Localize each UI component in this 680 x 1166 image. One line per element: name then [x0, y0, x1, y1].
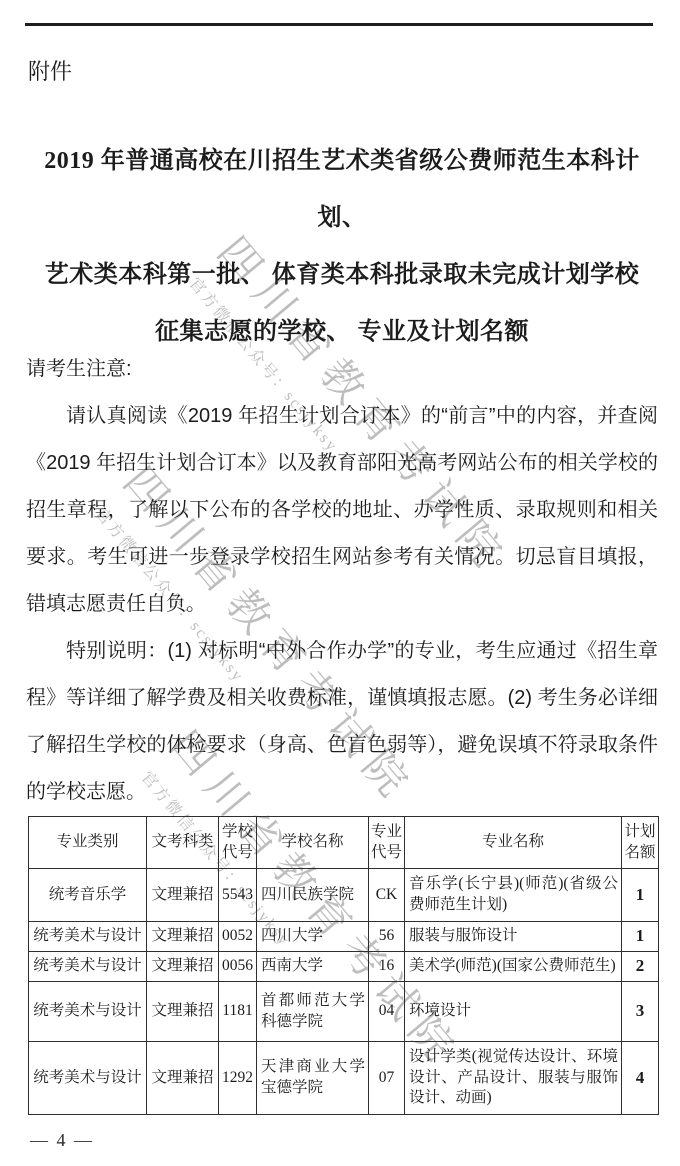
admission-plan-table: 专业类别 文考科类 学校代号 学校名称 专业代号 专业名称 计划名额 统考音乐学…	[28, 816, 659, 1115]
cell-school-name: 天津商业大学宝德学院	[257, 1042, 369, 1115]
cell-school-code: 0052	[219, 922, 257, 952]
table-header-row: 专业类别 文考科类 学校代号 学校名称 专业代号 专业名称 计划名额	[29, 817, 659, 869]
col-header-school-code: 学校代号	[219, 817, 257, 869]
cell-major-code: 16	[369, 952, 405, 982]
cell-major-code: 07	[369, 1042, 405, 1115]
page-number: — 4 —	[30, 1130, 94, 1151]
content-layer: 附件 2019 年普通高校在川招生艺术类省级公费师范生本科计划、 艺术类本科第一…	[0, 0, 680, 1166]
cell-exam-stream: 文理兼招	[147, 982, 219, 1042]
table-row: 统考美术与设计 文理兼招 0056 西南大学 16 美术学(师范)(国家公费师范…	[29, 952, 659, 982]
cell-major-category: 统考音乐学	[29, 869, 147, 922]
cell-major-code: 56	[369, 922, 405, 952]
cell-major-code: 04	[369, 982, 405, 1042]
notice-heading: 请考生注意:	[26, 346, 658, 393]
title-line: 2019 年普通高校在川招生艺术类省级公费师范生本科计划、	[26, 133, 658, 247]
cell-school-code: 5543	[219, 869, 257, 922]
col-header-exam-stream: 文考科类	[147, 817, 219, 869]
table-row: 统考音乐学 文理兼招 5543 四川民族学院 CK 音乐学(长宁县)(师范)(省…	[29, 869, 659, 922]
document-title: 2019 年普通高校在川招生艺术类省级公费师范生本科计划、 艺术类本科第一批、 …	[26, 133, 658, 361]
notice-section: 请考生注意: 请认真阅读《2019 年招生计划合订本》的“前言”中的内容，并查阅…	[26, 346, 658, 816]
cell-major-name: 音乐学(长宁县)(师范)(省级公费师范生计划)	[405, 869, 622, 922]
cell-school-name: 四川大学	[257, 922, 369, 952]
table-row: 统考美术与设计 文理兼招 1181 首都师范大学科德学院 04 环境设计 3	[29, 982, 659, 1042]
title-line: 艺术类本科第一批、 体育类本科批录取未完成计划学校	[26, 247, 658, 304]
attachment-label: 附件	[28, 55, 72, 86]
col-header-major-code: 专业代号	[369, 817, 405, 869]
document-page: 四川省教育考试院 官方微信公众号：scsjyksy 四川省教育考试院 官方微信公…	[0, 0, 680, 1166]
cell-plan-quota: 1	[622, 922, 659, 952]
cell-major-name: 美术学(师范)(国家公费师范生)	[405, 952, 622, 982]
table-row: 统考美术与设计 文理兼招 0052 四川大学 56 服装与服饰设计 1	[29, 922, 659, 952]
notice-paragraph: 特别说明：(1) 对标明“中外合作办学”的专业，考生应通过《招生章程》等详细了解…	[26, 628, 658, 816]
cell-exam-stream: 文理兼招	[147, 952, 219, 982]
cell-plan-quota: 2	[622, 952, 659, 982]
cell-school-code: 0056	[219, 952, 257, 982]
cell-major-name: 环境设计	[405, 982, 622, 1042]
cell-school-code: 1292	[219, 1042, 257, 1115]
cell-exam-stream: 文理兼招	[147, 869, 219, 922]
cell-major-category: 统考美术与设计	[29, 1042, 147, 1115]
cell-plan-quota: 3	[622, 982, 659, 1042]
col-header-major-category: 专业类别	[29, 817, 147, 869]
cell-plan-quota: 4	[622, 1042, 659, 1115]
cell-major-category: 统考美术与设计	[29, 982, 147, 1042]
top-divider	[25, 23, 653, 26]
cell-school-name: 四川民族学院	[257, 869, 369, 922]
cell-plan-quota: 1	[622, 869, 659, 922]
cell-major-code: CK	[369, 869, 405, 922]
cell-school-name: 西南大学	[257, 952, 369, 982]
col-header-major-name: 专业名称	[405, 817, 622, 869]
cell-major-category: 统考美术与设计	[29, 922, 147, 952]
cell-school-name: 首都师范大学科德学院	[257, 982, 369, 1042]
cell-exam-stream: 文理兼招	[147, 922, 219, 952]
cell-major-name: 服装与服饰设计	[405, 922, 622, 952]
cell-school-code: 1181	[219, 982, 257, 1042]
cell-major-category: 统考美术与设计	[29, 952, 147, 982]
table-row: 统考美术与设计 文理兼招 1292 天津商业大学宝德学院 07 设计学类(视觉传…	[29, 1042, 659, 1115]
notice-paragraph: 请认真阅读《2019 年招生计划合订本》的“前言”中的内容，并查阅《2019 年…	[26, 393, 658, 628]
col-header-school-name: 学校名称	[257, 817, 369, 869]
col-header-plan-quota: 计划名额	[622, 817, 659, 869]
cell-major-name: 设计学类(视觉传达设计、环境设计、产品设计、服装与服饰设计、动画)	[405, 1042, 622, 1115]
cell-exam-stream: 文理兼招	[147, 1042, 219, 1115]
